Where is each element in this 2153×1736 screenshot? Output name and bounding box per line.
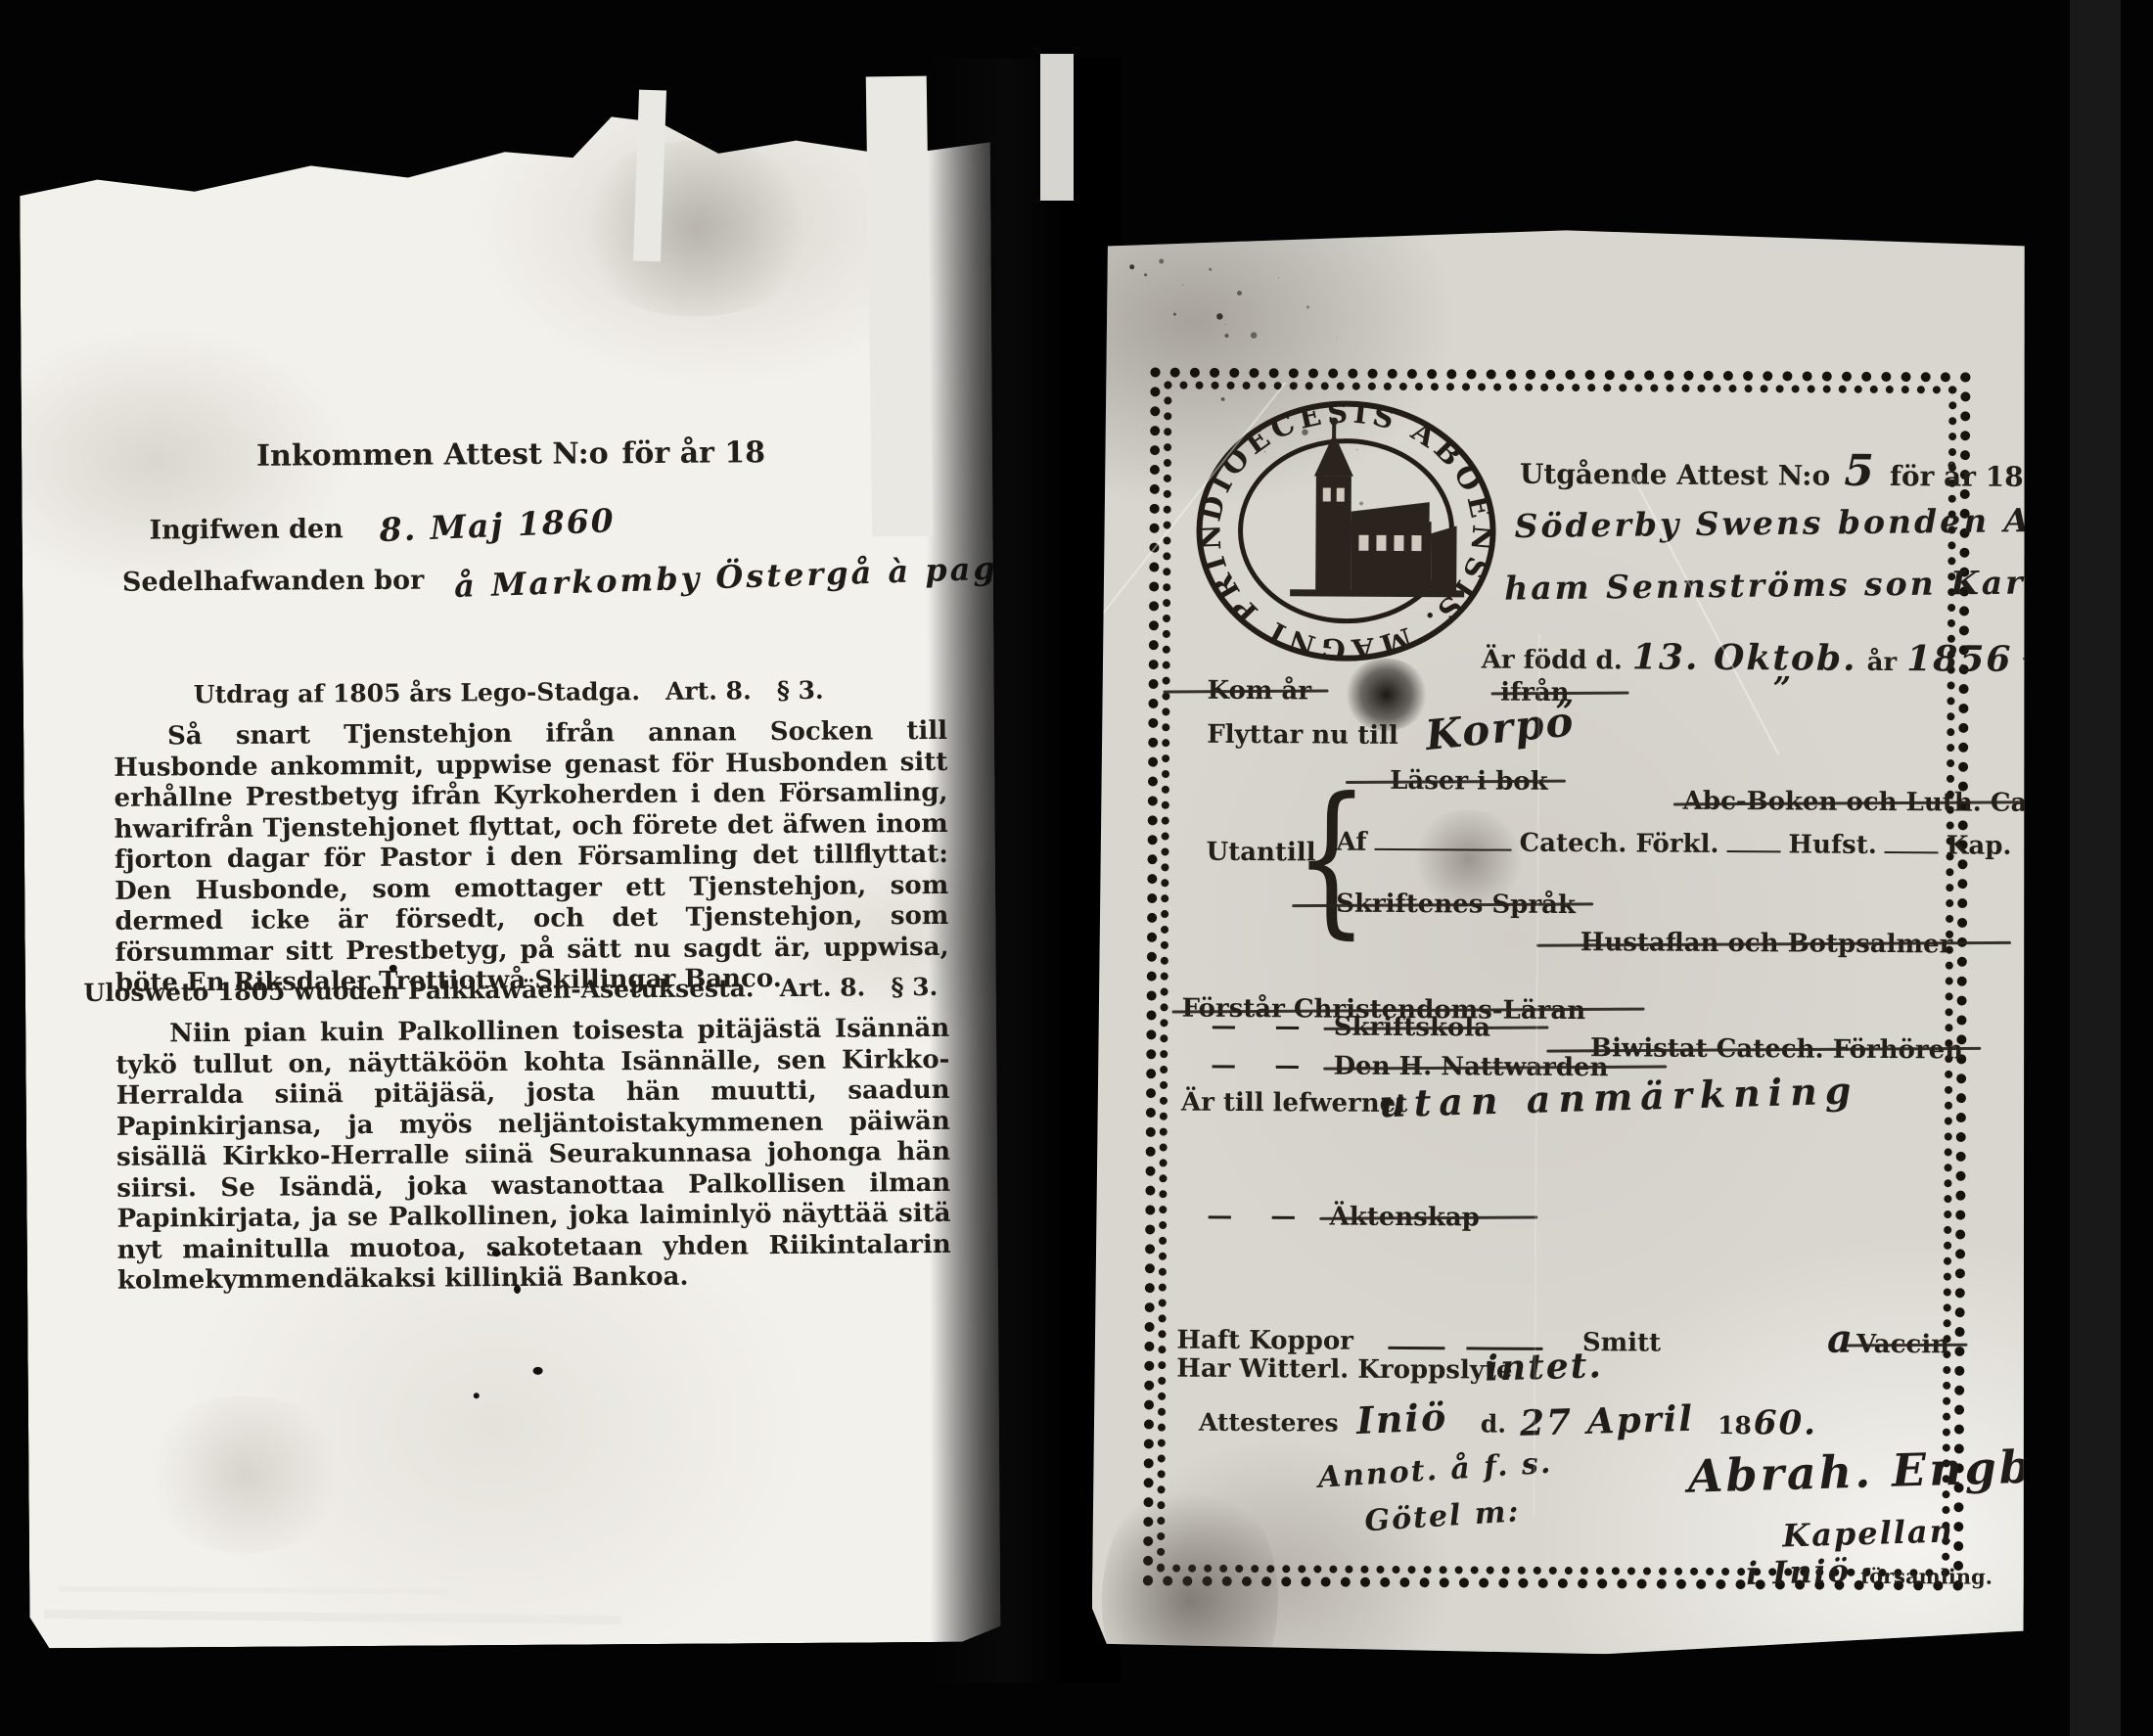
utantill-hufst: Hufst. (1788, 830, 1877, 860)
field-skriftskola: Skriftskola (1334, 1013, 1490, 1043)
ditto-mark: ” (1772, 669, 1793, 707)
left-page: Inkommen Attest N:o för år 18 Ingifwen d… (19, 80, 1000, 1649)
paper-stain (568, 140, 823, 318)
palkkawaen-asetus-heading: Ulosweto 1805 wuoden Palkkawäen-Asetukse… (25, 973, 996, 1008)
fill-in-blank (1726, 825, 1780, 852)
vaccin-label: Vaccin (1856, 1330, 1949, 1360)
attest-number-handwritten: 5 (1844, 446, 1876, 496)
right-margin-page-edge (2070, 0, 2121, 1736)
book-spine-shadow (930, 59, 1121, 1683)
field-kroppslyte-label: Har Witterl. Kroppslyte (1176, 1354, 1512, 1386)
attest-date-handwritten: 27 April (1519, 1398, 1694, 1444)
born-label: Är född d. (1482, 645, 1623, 675)
lego-stadga-paragraph: Så snart Tjenstehjon ifrån annan Socken … (114, 716, 949, 999)
ingifwen-label: Ingifwen den (150, 514, 344, 545)
ditto-dashes: — — (1211, 1051, 1302, 1081)
kroppslyte-value-handwritten: intet. (1485, 1345, 1604, 1389)
left-page-header: Inkommen Attest N:o för år 18 (256, 435, 765, 474)
right-page-certificate: DIOECESIS ABOENSIS. MAGNI PRINC: FINL. (1092, 220, 2033, 1657)
book-spread-scan: Inkommen Attest N:o för år 18 Ingifwen d… (0, 0, 2153, 1736)
diocese-seal: DIOECESIS ABOENSIS. MAGNI PRINC: FINL. (1184, 386, 1509, 676)
field-biwistat-catech-forhoren: Biwistat Catech. Förhören (1590, 1033, 1963, 1065)
attest-place-handwritten: Iniö (1355, 1394, 1448, 1442)
ditto-dashes: — — (1207, 1202, 1298, 1232)
person-name-line2-handwritten: ham Sennströms son Karl Johan (1504, 562, 2153, 608)
utgaende-attest-title: Utgående Attest N:o (1520, 458, 1831, 492)
ink-dot (492, 1250, 501, 1256)
ink-dot (514, 1285, 521, 1294)
sedelhafwanden-label: Sedelhafwanden bor (122, 566, 425, 598)
ink-speckle-cluster (1129, 264, 1134, 269)
haft-koppor-label: Haft Koppor (1176, 1326, 1353, 1356)
ditto-dashes: — — (1211, 1012, 1302, 1042)
paper-stain (136, 1395, 352, 1554)
utantill-item-abc-boken: Abc-Boken och Luth. Catech. (1683, 787, 2098, 819)
field-aktenskap: Äktenskap (1329, 1203, 1480, 1233)
inkommen-attest-title: Inkommen Attest N:o (256, 436, 609, 474)
field-skriftskola-row: — — Skriftskola (1211, 1012, 1490, 1043)
utantill-kap: Kap. (1947, 831, 2012, 860)
kapellan-title-handwritten: Kapellan (1782, 1512, 1955, 1554)
fill-in-blank (1389, 1321, 1445, 1349)
fill-in-blank (1885, 826, 1939, 853)
page-edge-sliver (1040, 54, 1074, 201)
utgaende-attest-for-ar: för år 18 (1890, 460, 2024, 493)
ingifwen-row: Ingifwen den 8. Maj 1860 (149, 505, 615, 546)
vaccin-hand-mark: a (1827, 1316, 1855, 1362)
born-uti-label: uti (2022, 649, 2062, 678)
kapellan-place-handwritten: i Iniö (1746, 1552, 1852, 1592)
palkkawaen-asetus-paragraph: Niin pian kuin Palkollinen toisesta pitä… (115, 1014, 951, 1297)
field-flyttar-nu-till: Flyttar nu till (1207, 720, 1398, 751)
attesteres-label: Attesteres (1199, 1408, 1339, 1438)
born-date-handwritten: 13. Oktob. (1632, 636, 1857, 678)
utantill-af-label: Af (1337, 828, 1367, 857)
attesteres-row: Attesteres Iniö d. 27 April 18 60. (1199, 1395, 1817, 1443)
person-name-line1-handwritten: Söderby Swens bonden Abra- (1514, 500, 2118, 545)
attest-century-label: 18 (1718, 1411, 1752, 1439)
ingifwen-value-handwritten: 8. Maj 1860 (379, 501, 617, 549)
ink-dot (533, 1367, 543, 1375)
ink-dot (474, 1393, 480, 1398)
attest-d-label: d. (1481, 1410, 1506, 1439)
kapellan-parish-label: församling. (1860, 1564, 1993, 1589)
kapellan-parish-row: i Iniö församling. (1746, 1553, 1993, 1592)
field-kom-ar: Kom år (1207, 676, 1311, 707)
ink-speckle-cluster (1215, 312, 1224, 321)
born-year-handwritten: 1856 (1906, 638, 2012, 680)
utgaende-attest-header: Utgående Attest N:o 5 för år 18 60. (1520, 444, 2098, 498)
lego-stadga-heading: Utdrag af 1805 års Lego-Stadga. Art. 8. … (23, 675, 994, 710)
born-ar-label: år (1867, 648, 1898, 677)
field-ar-till-lefwernet: Är till lefwernet (1181, 1088, 1407, 1119)
paper-stain (1409, 809, 1528, 908)
ditto-mark: ” (1555, 693, 1576, 730)
paper-stain (1101, 1473, 1279, 1728)
page-edge-sliver (866, 76, 934, 537)
utantill-catech-forkl: Catech. Förkl. (1519, 829, 1718, 859)
field-laser-i-bok: Läser i bok (1390, 766, 1548, 797)
inkommen-attest-year: för år 18 (621, 435, 765, 471)
field-aktenskap-row: — — Äktenskap (1207, 1202, 1480, 1233)
utantill-item-hustaflan: Hustaflan och Botpsalmer (1580, 928, 1953, 959)
born-row: Är född d. 13. Oktob. år 1856 uti Iniö (1482, 635, 2153, 680)
ink-dot (389, 965, 397, 972)
attest-year-handwritten: 60. (1754, 1403, 1817, 1442)
